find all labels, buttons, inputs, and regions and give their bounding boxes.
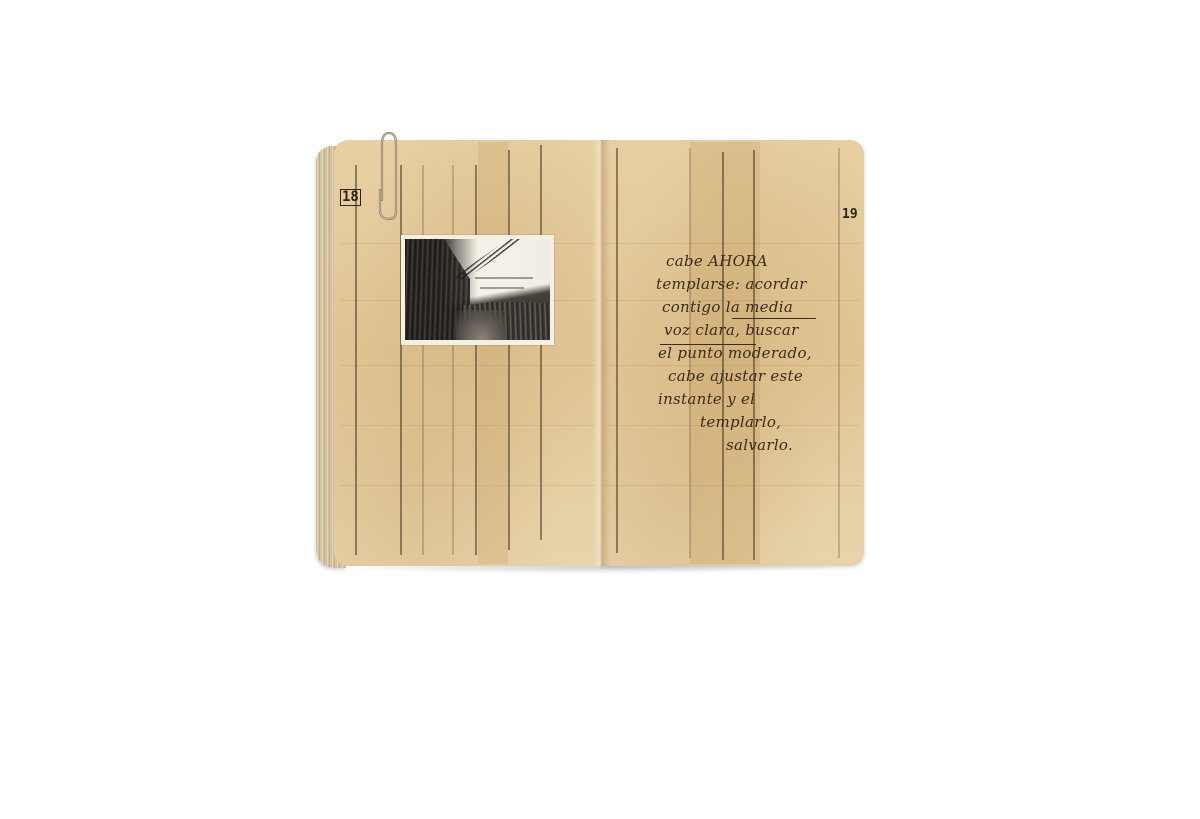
page-number-right: 19 xyxy=(842,207,858,222)
ruled-line xyxy=(508,150,510,550)
ruled-line xyxy=(340,365,595,366)
ruled-line xyxy=(340,425,595,426)
ruled-line xyxy=(452,165,454,555)
photo-cloud xyxy=(480,287,524,289)
paper-stain xyxy=(478,142,508,564)
handwriting-line: templarse: acordar xyxy=(656,273,836,296)
handwriting-underline xyxy=(660,344,756,345)
ruled-line xyxy=(475,165,477,555)
handwriting-line: instante y el xyxy=(656,388,836,411)
photo-path xyxy=(456,310,507,340)
photo-branch xyxy=(446,239,531,283)
ruled-line xyxy=(355,165,357,555)
handwriting-underline xyxy=(732,318,816,319)
ruled-line xyxy=(605,243,860,244)
page-number-left: 18 xyxy=(340,189,361,206)
notebook-gutter xyxy=(592,140,610,566)
handwriting-line: salvarlo. xyxy=(656,434,836,457)
handwriting-line: cabe ajustar este xyxy=(656,365,836,388)
paperclip-icon xyxy=(374,130,402,222)
photo-landscape-image xyxy=(405,239,550,340)
ruled-line xyxy=(340,485,595,486)
ruled-line xyxy=(422,165,424,555)
ruled-line xyxy=(605,485,860,486)
page-number-text: 18 xyxy=(340,189,361,206)
handwritten-poem: cabe AHORA templarse: acordar contigo la… xyxy=(656,250,836,457)
handwriting-line: contigo la media xyxy=(656,296,836,319)
handwriting-line: cabe AHORA xyxy=(656,250,836,273)
handwriting-line: templarlo, xyxy=(656,411,836,434)
handwriting-line: el punto moderado, xyxy=(656,342,836,365)
ruled-line xyxy=(400,165,402,555)
ruled-line xyxy=(616,148,618,553)
handwriting-line: voz clara, buscar xyxy=(656,319,836,342)
pasted-photograph xyxy=(401,235,554,345)
ruled-line xyxy=(838,148,840,558)
photo-cloud xyxy=(475,277,533,279)
